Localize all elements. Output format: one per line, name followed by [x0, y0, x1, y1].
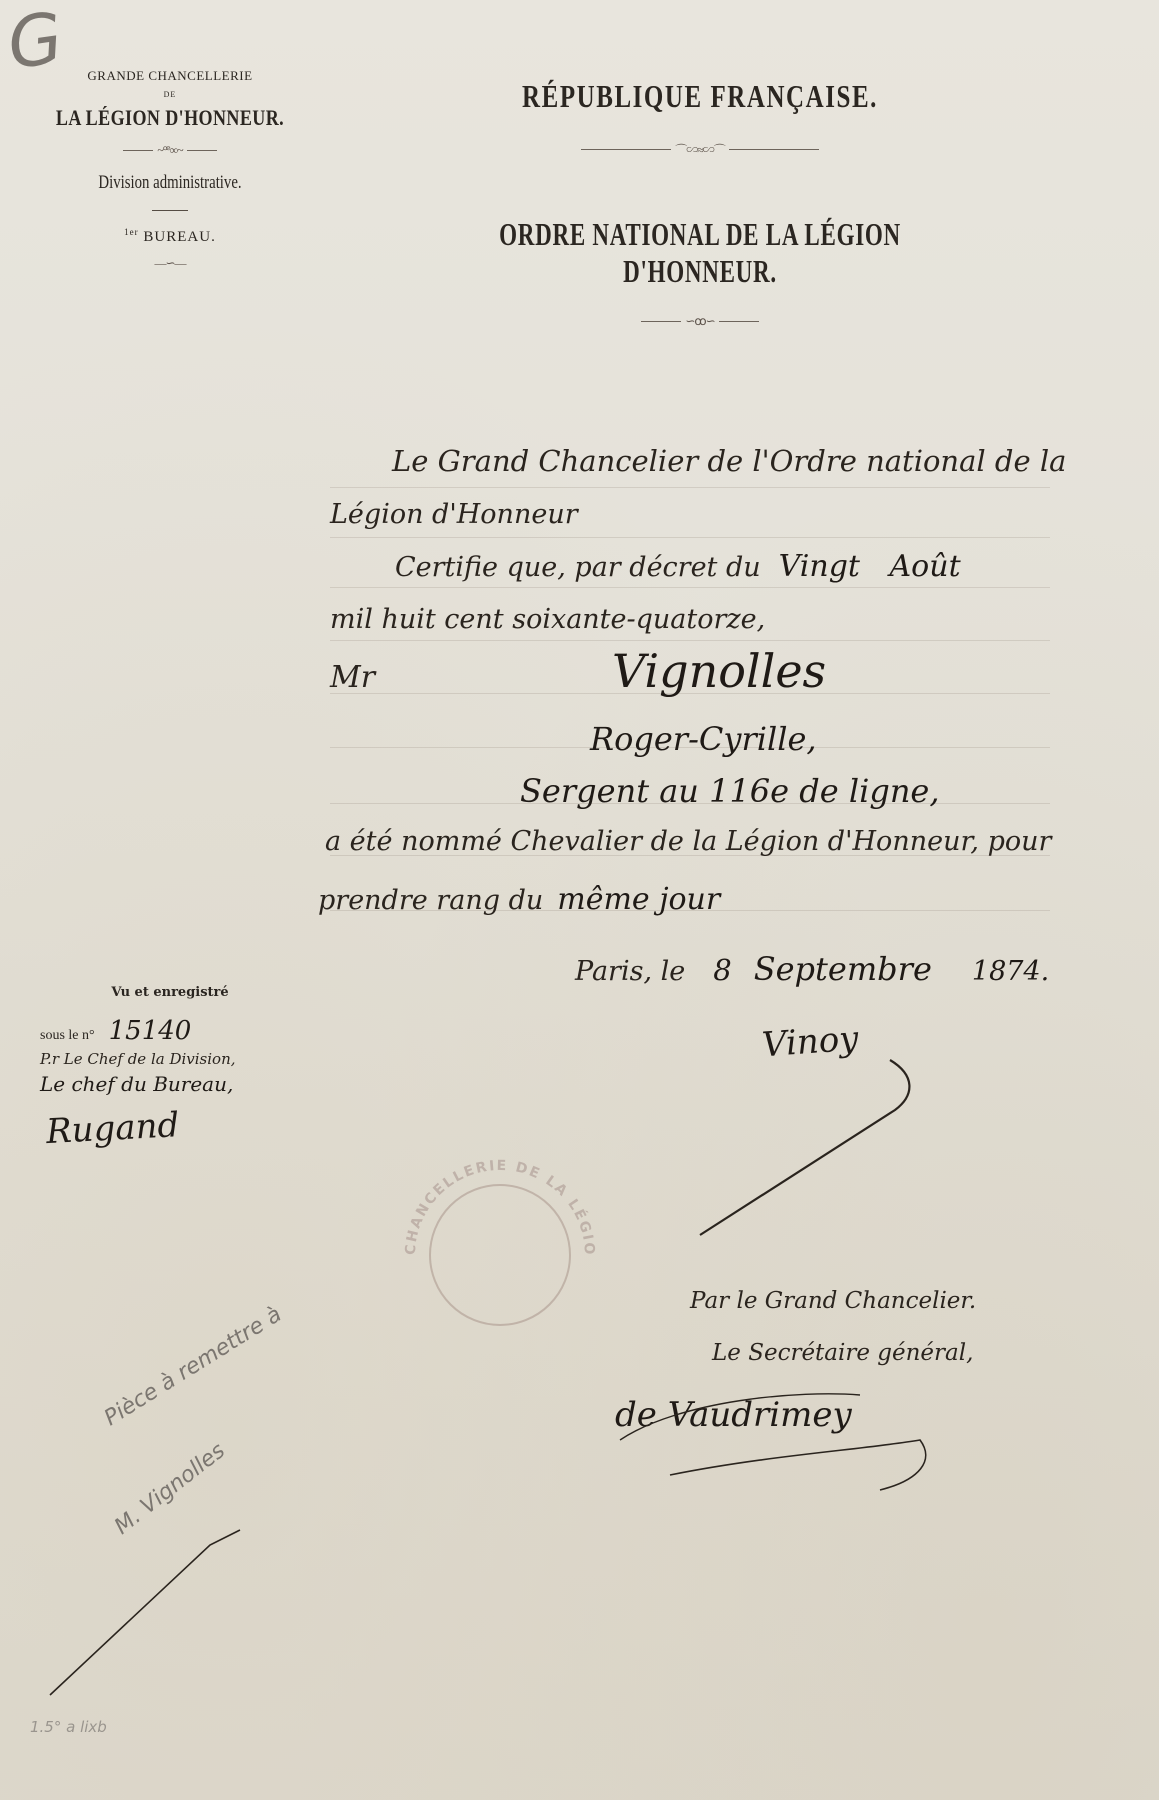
body-line-9: prendre rang du même jour: [318, 882, 720, 917]
division-label: Division administrative.: [61, 172, 279, 194]
body-line-1: Le Grand Chancelier de l'Ordre national …: [392, 444, 1066, 478]
date-year: 1874.: [972, 956, 1049, 987]
closing-line-2: Le Secrétaire général,: [712, 1340, 973, 1366]
registration-number-line: sous le n° 15140: [40, 1016, 280, 1046]
date-day: 8: [713, 953, 731, 987]
title-prefix: Mr: [330, 660, 375, 695]
order-title: ORDRE NATIONAL DE LA LÉGION D'HONNEUR.: [441, 216, 959, 290]
decree-date-handwritten: Vingt Août: [779, 549, 961, 584]
short-rule: [152, 210, 188, 211]
ink-stroke: [40, 1520, 250, 1700]
republic-header: RÉPUBLIQUE FRANÇAISE. ⌒∽≈∽⌒ ORDRE NATION…: [340, 78, 1060, 329]
recipient-rank: Sergent au 116e de ligne,: [520, 772, 940, 810]
body-line-8: a été nommé Chevalier de la Légion d'Hon…: [325, 826, 1051, 857]
ornament-divider: ~ꟹ∞~: [30, 143, 310, 158]
body-line-3: Certifie que, par décret du Vingt Août: [395, 549, 961, 584]
registration-heading: Vu et enregistré: [60, 985, 280, 1000]
recipient-surname: Vignolles: [612, 644, 826, 698]
signature-flourish: [690, 1040, 920, 1240]
closing-line-1: Par le Grand Chancelier.: [690, 1288, 976, 1314]
pencil-mark-bottom: 1.5° a lixb: [30, 1718, 107, 1736]
office-line-1: GRANDE CHANCELLERIE: [30, 68, 310, 84]
secretary-flourish: [600, 1380, 940, 1500]
recipient-given-names: Roger-Cyrille,: [590, 720, 817, 758]
republic-title: RÉPUBLIQUE FRANÇAISE.: [419, 78, 981, 115]
rank-date-handwritten: même jour: [557, 882, 720, 917]
registration-chief-bureau: Le chef du Bureau,: [40, 1072, 280, 1096]
body-line-4: mil huit cent soixante-quatorze,: [330, 604, 765, 635]
issuing-office-block: GRANDE CHANCELLERIE DE LA LÉGION D'HONNE…: [30, 68, 310, 271]
registration-chief-division: P.r Le Chef de la Division,: [40, 1050, 280, 1068]
ornament-divider-small: —∽—: [30, 256, 310, 271]
ornament-divider-order: ∽ꝏ∽: [340, 314, 1060, 329]
registration-block: Vu et enregistré sous le n° 15140 P.r Le…: [40, 985, 280, 1146]
place-date-line: Paris, le 8 Septembre 1874.: [575, 950, 1049, 988]
office-line-2: DE: [30, 90, 310, 99]
registration-signature: Rugand: [45, 1100, 281, 1152]
body-line-2: Légion d'Honneur: [330, 499, 578, 530]
embossed-seal: CHANCELLERIE DE LA LÉGION D'HONNEUR: [395, 1135, 605, 1345]
svg-text:CHANCELLERIE DE LA LÉGION D'HO: CHANCELLERIE DE LA LÉGION D'HONNEUR: [395, 1135, 597, 1257]
registration-number: 15140: [109, 1016, 192, 1046]
bureau-label: 1er BUREAU.: [30, 227, 310, 246]
date-month: Septembre: [754, 950, 932, 988]
ornament-divider-main: ⌒∽≈∽⌒: [340, 141, 1060, 158]
office-line-3: LA LÉGION D'HONNEUR.: [55, 105, 285, 131]
